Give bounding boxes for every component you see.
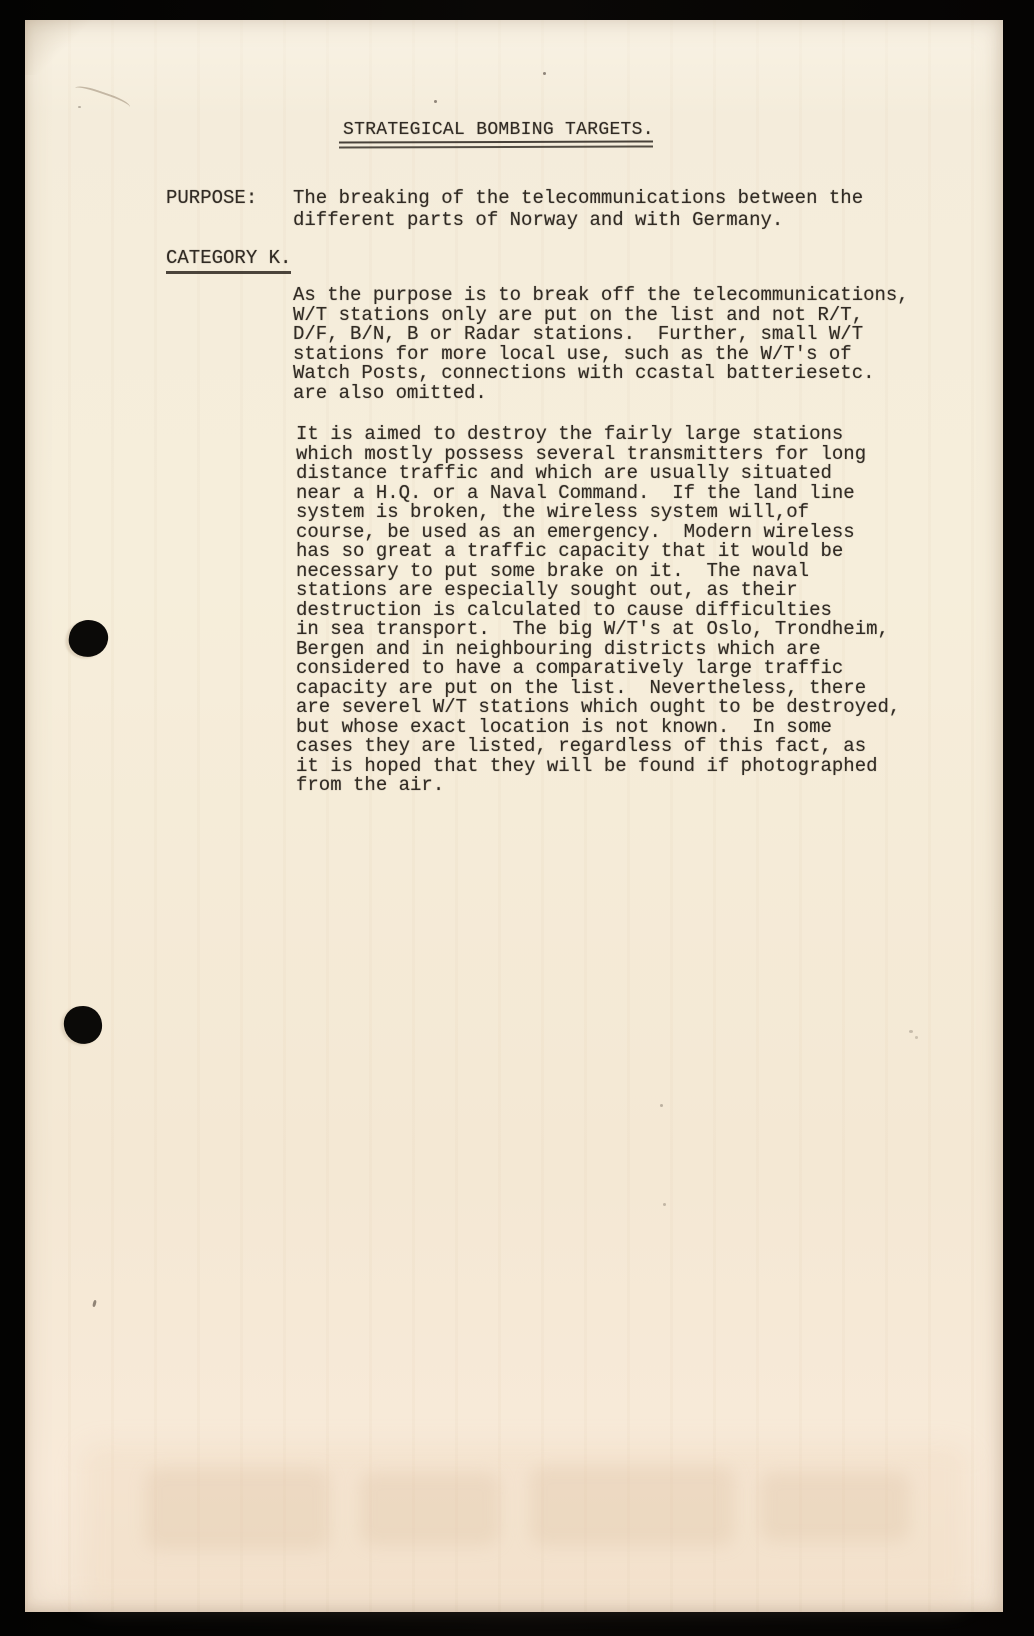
purpose-label: PURPOSE: <box>166 188 257 209</box>
paper-speck <box>92 1300 97 1308</box>
hole-punch-upper <box>67 617 111 659</box>
purpose-text: The breaking of the telecommunications b… <box>293 188 863 231</box>
paper-speck <box>660 1104 663 1107</box>
paper-speck <box>434 100 437 103</box>
scanner-background: STRATEGICAL BOMBING TARGETS. PURPOSE: Th… <box>0 0 1034 1636</box>
paragraph-target-rationale: It is aimed to destroy the fairly large … <box>296 425 900 796</box>
title-block: STRATEGICAL BOMBING TARGETS. <box>343 119 654 141</box>
page-title: STRATEGICAL BOMBING TARGETS. <box>343 119 654 141</box>
paper-speck <box>543 72 546 75</box>
corner-crease <box>72 83 131 115</box>
category-heading: CATEGORY K. <box>166 248 291 274</box>
bleed-through-smudge <box>360 1472 500 1546</box>
paper-speck <box>78 106 81 108</box>
paper-speck <box>915 1036 918 1039</box>
paper-speck <box>909 1030 913 1033</box>
paragraph-category-scope: As the purpose is to break off the telec… <box>293 286 909 404</box>
bleed-through-smudge <box>760 1472 910 1542</box>
title-underline <box>339 140 653 148</box>
document-page: STRATEGICAL BOMBING TARGETS. PURPOSE: Th… <box>25 20 1003 1612</box>
bleed-through-smudge <box>530 1466 735 1546</box>
corner-shadow <box>25 20 95 75</box>
paper-speck <box>663 1203 666 1206</box>
hole-punch-lower <box>62 1004 104 1046</box>
bleed-through-smudge <box>145 1468 330 1550</box>
